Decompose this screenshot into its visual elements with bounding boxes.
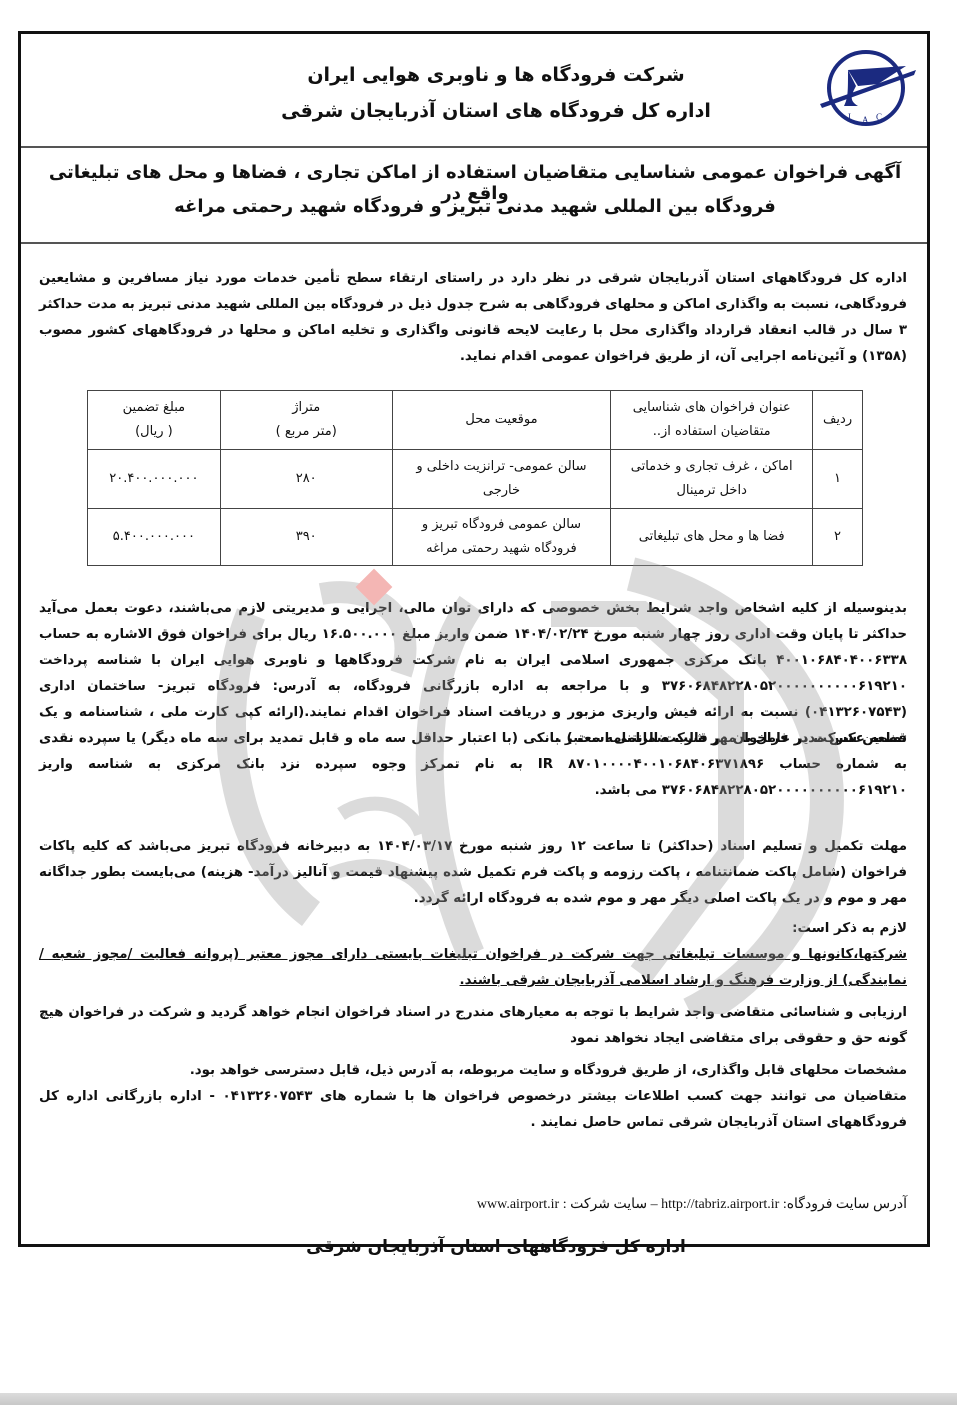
col-header-area: متراژ (متر مربع ) bbox=[220, 391, 392, 450]
cell-no: ۱ bbox=[813, 450, 863, 509]
cell-area: ۳۹۰ bbox=[220, 509, 392, 566]
col-header-amount-unit: ( ریال) bbox=[94, 420, 214, 444]
svg-text:C: C bbox=[876, 112, 882, 122]
contact-paragraph: متقاضیان می توانند جهت کسب اطلاعات بیشتر… bbox=[39, 1084, 907, 1136]
department-name: اداره کل فرودگاه های استان آذربایجان شرق… bbox=[201, 100, 791, 122]
col-header-location: موقعیت محل bbox=[392, 391, 611, 450]
cell-location: سالن عمومی- ترانزیت داخلی و خارجی bbox=[392, 450, 611, 509]
intro-paragraph: اداره کل فرودگاههای استان آذربایجان شرقی… bbox=[39, 266, 907, 370]
iac-airplane-logo-icon: I A C bbox=[818, 48, 918, 128]
col-header-no: ردیف bbox=[813, 391, 863, 450]
advert-requirement: شرکتها،کانونها و موسسات تبلیغاتی جهت شرک… bbox=[39, 942, 907, 994]
evaluation-paragraph: ارزیابی و شناسائی متقاضی واجد شرایط با ت… bbox=[39, 1000, 907, 1052]
title-divider bbox=[21, 242, 927, 244]
company-name: شرکت فرودگاه ها و ناوبری هوایی ایران bbox=[201, 64, 791, 86]
cell-title: اماکن ، غرف تجاری و خدماتی داخل ترمینال bbox=[611, 450, 813, 509]
guarantee-paragraph: تضمین شرکت در فراخوان در قالب ضمانتنامه … bbox=[39, 726, 907, 804]
bottom-edge-bar bbox=[0, 1393, 957, 1405]
cell-amount: ۲۰.۴۰۰.۰۰۰.۰۰۰ bbox=[88, 450, 221, 509]
table-row: ۱ اماکن ، غرف تجاری و خدماتی داخل ترمینا… bbox=[88, 450, 863, 509]
website-line: آدرس سایت فرودگاه: http://tabriz.airport… bbox=[441, 1196, 907, 1213]
col-header-title: عنوان فراخوان های شناسایی متقاضیان استفا… bbox=[611, 391, 813, 450]
cell-title: فضا ها و محل های تبلیغاتی bbox=[611, 509, 813, 566]
col-header-area-label: متراژ bbox=[227, 396, 386, 420]
notice-title-line2: فرودگاه بین المللی شهید مدنی تبریز و فرو… bbox=[41, 196, 909, 217]
header-divider bbox=[21, 146, 927, 148]
specs-paragraph: مشخصات محلهای قابل واگذاری، از طریق فرود… bbox=[39, 1058, 907, 1084]
col-header-area-unit: (متر مربع ) bbox=[227, 420, 386, 444]
notice-frame: I A C شرکت فرودگاه ها و ناوبری هوایی ایر… bbox=[18, 31, 930, 1247]
locations-table: ردیف عنوان فراخوان های شناسایی متقاضیان … bbox=[87, 390, 863, 566]
cell-area: ۲۸۰ bbox=[220, 450, 392, 509]
note-label: لازم به ذکر است: bbox=[39, 916, 907, 942]
svg-text:I: I bbox=[848, 112, 851, 122]
col-header-amount: مبلغ تضمین ( ریال) bbox=[88, 391, 221, 450]
table-row: ۲ فضا ها و محل های تبلیغاتی سالن عمومی ف… bbox=[88, 509, 863, 566]
cell-no: ۲ bbox=[813, 509, 863, 566]
cell-location: سالن عمومی فرودگاه تبریز و فرودگاه شهید … bbox=[392, 509, 611, 566]
svg-text:A: A bbox=[862, 115, 869, 125]
signature: اداره کل فرودگاههای استان آذربایجان شرقی bbox=[201, 1237, 791, 1257]
table-header-row: ردیف عنوان فراخوان های شناسایی متقاضیان … bbox=[88, 391, 863, 450]
cell-amount: ۵.۴۰۰.۰۰۰.۰۰۰ bbox=[88, 509, 221, 566]
deadline-paragraph: مهلت تکمیل و تسلیم اسناد (حداکثر) تا ساع… bbox=[39, 834, 907, 912]
col-header-amount-label: مبلغ تضمین bbox=[94, 396, 214, 420]
